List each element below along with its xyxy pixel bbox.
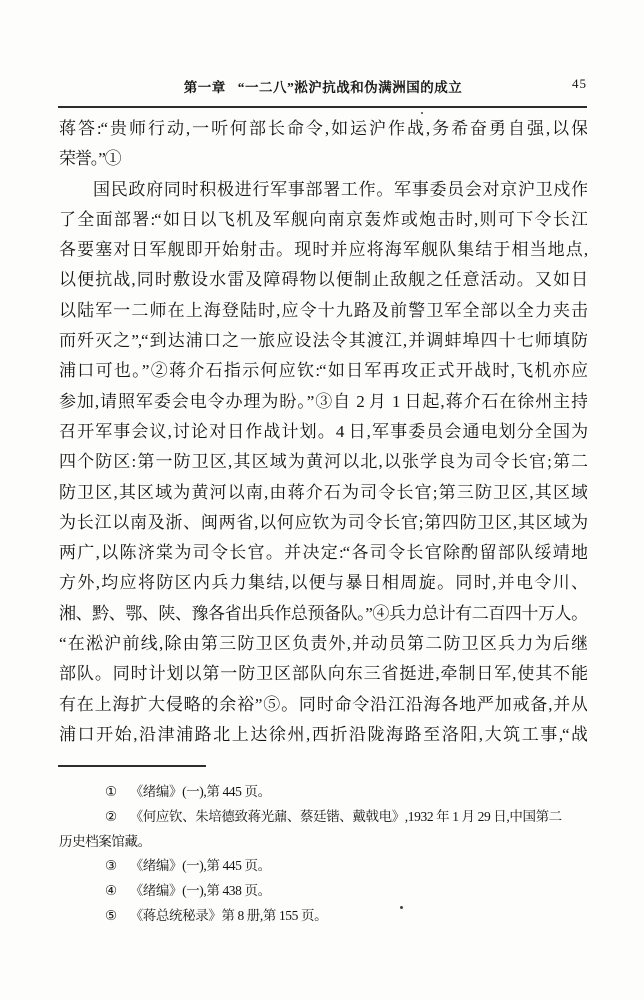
footnote-line: ①《绪编》(一),第 445 页。 <box>59 780 599 805</box>
header-rule-divider <box>58 106 587 108</box>
body-line: 有在上海扩大侵略的余裕”⑤。同时命令沿江沿海各地严加戒备,并从 <box>59 690 587 720</box>
body-line: 以陆军一二师在上海登陆时,应令十九路及前警卫军全部以全力夹击 <box>59 296 587 326</box>
body-line: 国民政府同时积极进行军事部署工作。军事委员会对京沪卫戍作 <box>59 175 587 205</box>
body-line: 浦口可也。”②蒋介石指示何应钦:“如日军再攻正式开战时,飞机亦应 <box>59 356 587 386</box>
footnote-marker: ⑤ <box>105 908 117 923</box>
body-line: 浦口开始,沿津浦路北上达徐州,西折沿陇海路至洛阳,大筑工事,“战 <box>59 720 587 750</box>
body-line: 了全面部署:“如日以飞机及军舰向南京轰炸或炮击时,则可下令长江 <box>59 205 587 235</box>
body-line: 湘、黔、鄂、陕、豫各省出兵作总预备队。”④兵力总计有二百四十万人。 <box>59 599 587 629</box>
footnote-line: ④《绪编》(一),第 438 页。 <box>59 879 599 904</box>
body-line: “在淞沪前线,除由第三防卫区负责外,并动员第二防卫区兵力为后继 <box>59 629 587 659</box>
footnote-text: 《绪编》(一),第 438 页。 <box>130 883 271 898</box>
footnote-line: ③《绪编》(一),第 445 页。 <box>59 854 599 879</box>
footnote-line: 历史档案馆藏。 <box>59 830 599 855</box>
body-line: 防卫区,其区域为黄河以南,由蒋介石为司令长官;第三防卫区,其区域 <box>59 478 587 508</box>
scan-speck <box>400 906 403 909</box>
page-number: 45 <box>572 76 587 92</box>
book-page: 第一章“一二八”淞沪抗战和伪满洲国的成立 45 蒋答:“贵师行动,一听何部长命令… <box>0 0 644 1000</box>
body-line: 为长江以南及浙、闽两省,以何应钦为司令长官;第四防卫区,其区域为 <box>59 508 587 538</box>
footnote-marker: ④ <box>105 883 117 898</box>
footnote-line: ②《何应钦、朱培德致蒋光鼐、蔡廷锴、戴戟电》,1932 年 1 月 29 日,中… <box>59 805 599 830</box>
footnote-marker: ② <box>105 809 117 824</box>
footnote-line: ⑤《蒋总统秘录》第 8 册,第 155 页。 <box>59 904 599 929</box>
footnote-text: 《绪编》(一),第 445 页。 <box>130 858 271 873</box>
body-line: 参加,请照军委会电令办理为盼。”③自 2 月 1 日起,蒋介石在徐州主持 <box>59 387 587 417</box>
body-line: 荣誉。”① <box>59 144 587 174</box>
footnote-rule-divider <box>58 765 206 767</box>
chapter-title: “一二八”淞沪抗战和伪满洲国的成立 <box>238 80 463 95</box>
footnote-text: 历史档案馆藏。 <box>59 834 151 849</box>
body-line: 两广,以陈济棠为司令长官。并决定:“各司令长官除酌留部队绥靖地 <box>59 538 587 568</box>
footnote-marker: ③ <box>105 858 117 873</box>
body-line: 四个防区:第一防卫区,其区域为黄河以北,以张学良为司令长官;第二 <box>59 447 587 477</box>
body-line: 部队。同时计划以第一防卫区部队向东三省挺进,牵制日军,使其不能 <box>59 659 587 689</box>
body-text: 蒋答:“贵师行动,一听何部长命令,如运沪作战,务希奋勇自强,以保荣誉。”①国民政… <box>59 114 587 750</box>
running-header: 第一章“一二八”淞沪抗战和伪满洲国的成立 45 <box>59 76 587 96</box>
body-line: 而歼灭之”,“到达浦口之一旅应设法令其渡江,并调蚌埠四十七师填防 <box>59 326 587 356</box>
body-line: 蒋答:“贵师行动,一听何部长命令,如运沪作战,务希奋勇自强,以保 <box>59 114 587 144</box>
chapter-label: 第一章 <box>184 80 226 95</box>
footnote-text: 《蒋总统秘录》第 8 册,第 155 页。 <box>130 908 327 923</box>
footnote-text: 《何应钦、朱培德致蒋光鼐、蔡廷锴、戴戟电》,1932 年 1 月 29 日,中国… <box>130 809 562 824</box>
body-line: 召开军事会议,讨论对日作战计划。4 日,军事委员会通电划分全国为 <box>59 417 587 447</box>
footnotes: ①《绪编》(一),第 445 页。②《何应钦、朱培德致蒋光鼐、蔡廷锴、戴戟电》,… <box>59 780 599 929</box>
body-line: 以便抗战,同时敷设水雷及障碍物以便制止敌舰之任意活动。又如日 <box>59 265 587 295</box>
footnote-marker: ① <box>105 784 117 799</box>
body-line: 各要塞对日军舰即开始射击。现时并应将海军舰队集结于相当地点, <box>59 235 587 265</box>
body-line: 方外,均应将防区内兵力集结,以便与暴日相周旋。同时,并电令川、 <box>59 568 587 598</box>
footnote-text: 《绪编》(一),第 445 页。 <box>130 784 271 799</box>
scan-speck <box>421 112 423 114</box>
